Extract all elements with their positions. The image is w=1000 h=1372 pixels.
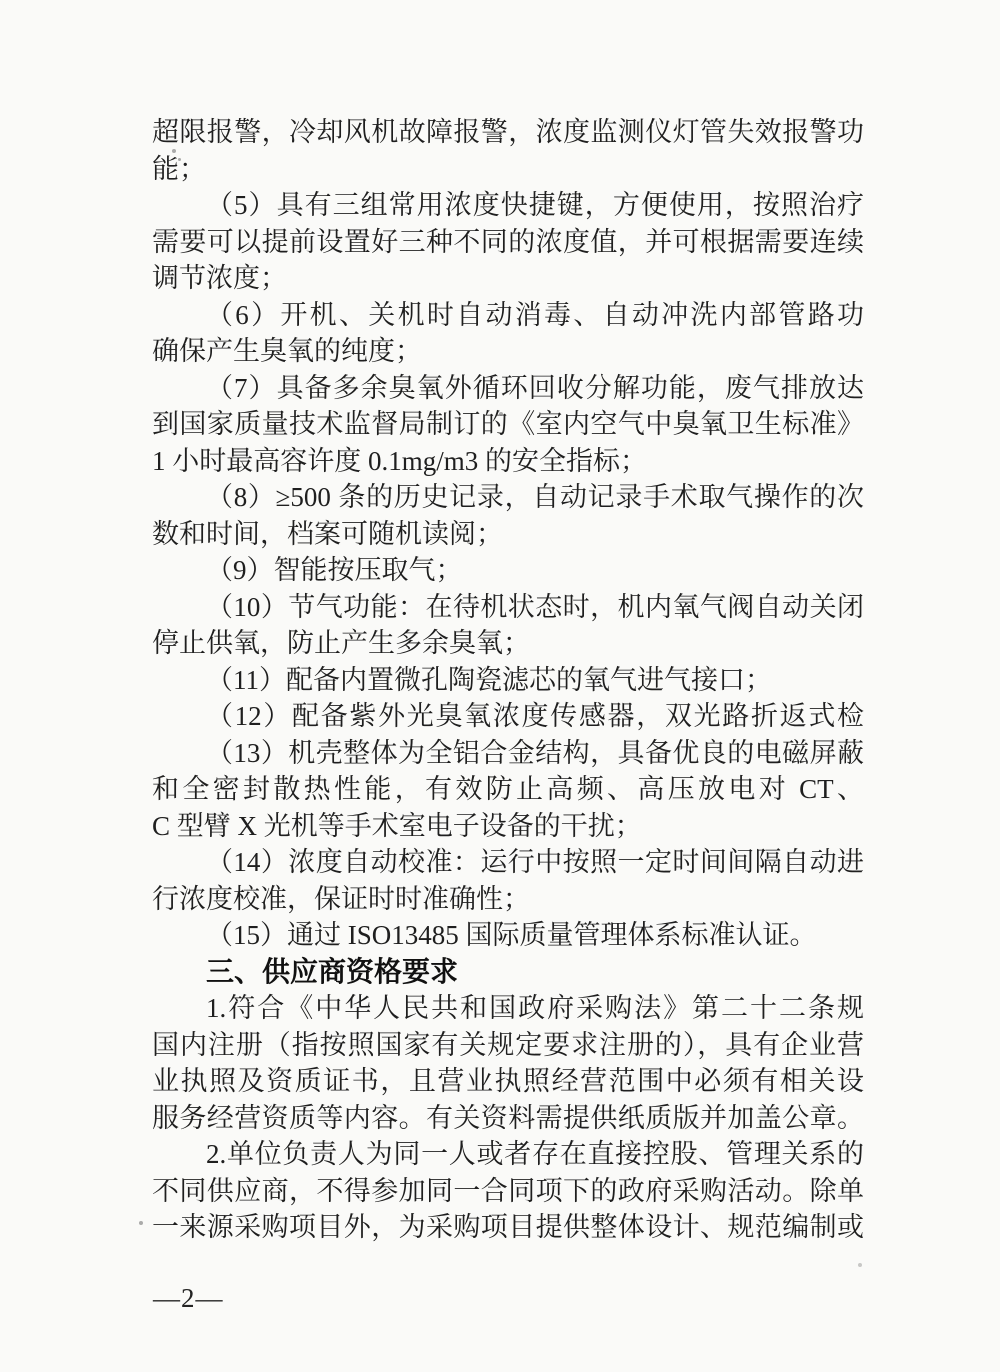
text-line: （13）机壳整体为全铝合金结构，具备优良的电磁屏蔽 xyxy=(152,735,864,772)
text-line: （12）配备紫外光臭氧浓度传感器，双光路折返式检测； xyxy=(152,698,864,735)
scan-artifact xyxy=(172,149,176,153)
text-line: 1.符合《中华人民共和国政府采购法》第二十二条规定， xyxy=(152,990,864,1027)
text-line: （6）开机、关机时自动消毒、自动冲洗内部管路功能， xyxy=(152,297,864,334)
text-line: （10）节气功能：在待机状态时，机内氧气阀自动关闭 xyxy=(152,589,864,626)
text-line: （9）智能按压取气； xyxy=(152,552,864,589)
text-line: 和全密封散热性能，有效防止高频、高压放电对 CT、MRI、 xyxy=(152,771,864,808)
text-line: （14）浓度自动校准：运行中按照一定时间间隔自动进 xyxy=(152,844,864,881)
text-line: 调节浓度； xyxy=(152,260,864,297)
text-line: 确保产生臭氧的纯度； xyxy=(152,333,864,370)
scan-artifact xyxy=(139,1221,143,1225)
scan-artifact xyxy=(499,412,503,416)
text-line: （15）通过 ISO13485 国际质量管理体系标准认证。 xyxy=(152,917,864,954)
text-line: 业执照及资质证书，且营业执照经营范围中必须有相关设备、 xyxy=(152,1063,864,1100)
document-body: 超限报警，冷却风机故障报警，浓度监测仪灯管失效报警功能；（5）具有三组常用浓度快… xyxy=(152,114,864,1246)
text-line: 行浓度校准，保证时时准确性； xyxy=(152,881,864,918)
text-line: 停止供氧，防止产生多余臭氧； xyxy=(152,625,864,662)
text-line: 2.单位负责人为同一人或者存在直接控股、管理关系的 xyxy=(152,1136,864,1173)
scan-artifact xyxy=(178,158,181,161)
scanned-document-page: 超限报警，冷却风机故障报警，浓度监测仪灯管失效报警功能；（5）具有三组常用浓度快… xyxy=(0,0,1000,1372)
text-line: 数和时间，档案可随机读阅； xyxy=(152,516,864,553)
text-line: 服务经营资质等内容。有关资料需提供纸质版并加盖公章。 xyxy=(152,1100,864,1137)
page-number: —2— xyxy=(153,1283,224,1314)
text-line: （11）配备内置微孔陶瓷滤芯的氧气进气接口； xyxy=(152,662,864,699)
text-line: 超限报警，冷却风机故障报警，浓度监测仪灯管失效报警功 xyxy=(152,114,864,151)
text-line: 需要可以提前设置好三种不同的浓度值，并可根据需要连续 xyxy=(152,224,864,261)
text-line: 不同供应商，不得参加同一合同项下的政府采购活动。除单 xyxy=(152,1173,864,1210)
text-line: C 型臂 X 光机等手术室电子设备的干扰； xyxy=(152,808,864,845)
text-line: （7）具备多余臭氧外循环回收分解功能，废气排放达 xyxy=(152,370,864,407)
text-line: 能； xyxy=(152,151,864,188)
section-heading: 三、供应商资格要求 xyxy=(152,954,864,991)
text-line: （8）≥500 条的历史记录，自动记录手术取气操作的次 xyxy=(152,479,864,516)
text-line: 1 小时最高容许度 0.1mg/m3 的安全指标； xyxy=(152,443,864,480)
text-line: （5）具有三组常用浓度快捷键，方便使用，按照治疗 xyxy=(152,187,864,224)
scan-artifact xyxy=(858,1263,862,1267)
text-line: 国内注册（指按照国家有关规定要求注册的），具有企业营 xyxy=(152,1027,864,1064)
text-line: 到国家质量技术监督局制订的《室内空气中臭氧卫生标准》 xyxy=(152,406,864,443)
text-line: 一来源采购项目外，为采购项目提供整体设计、规范编制或 xyxy=(152,1209,864,1246)
